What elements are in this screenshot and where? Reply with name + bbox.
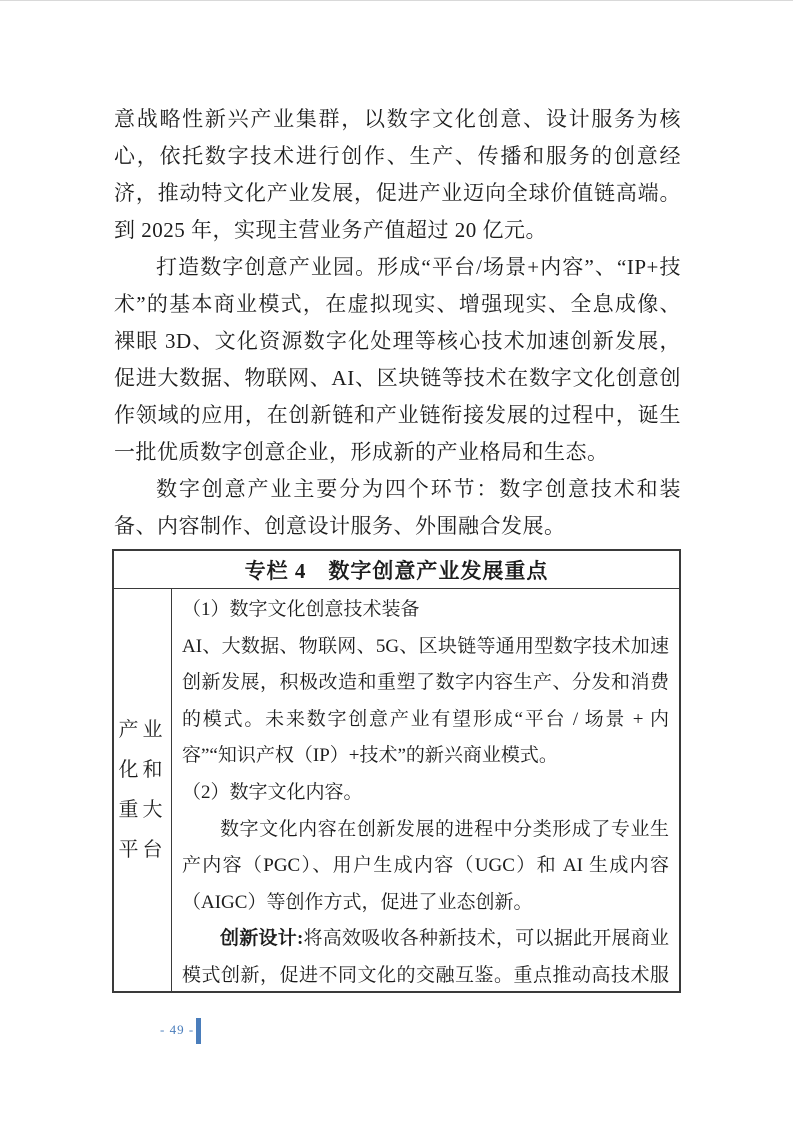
page-number: - 49 -: [160, 1022, 194, 1038]
table-cell-paragraph: 数字文化内容在创新发展的进程中分类形成了专业生产内容（PGC）、用户生成内容（U…: [182, 812, 669, 922]
table-cell-paragraph: （2）数字文化内容。: [182, 775, 669, 812]
document-page: 意战略性新兴产业集群，以数字文化创意、设计服务为核心，依托数字技术进行创作、生产…: [0, 0, 793, 1122]
table-cell-paragraph: AI、大数据、物联网、5G、区块链等通用型数字技术加速创新发展，积极改造和重塑了…: [182, 629, 669, 775]
table-title: 专栏 4 数字创意产业发展重点: [114, 551, 679, 589]
table-cell-paragraph: 创新设计:将高效吸收各种新技术，可以据此开展商业模式创新，促进不同文化的交融互鉴…: [182, 921, 669, 991]
table-cell-paragraph: （1）数字文化创意技术装备: [182, 592, 669, 629]
body-paragraph: 数字创意产业主要分为四个环节：数字创意技术和装备、内容制作、创意设计服务、外围融…: [114, 471, 681, 545]
text-cursor: [196, 1018, 201, 1044]
table-body-row: 产业化和重大平台 （1）数字文化创意技术装备 AI、大数据、物联网、5G、区块链…: [114, 589, 679, 991]
body-paragraph: 意战略性新兴产业集群，以数字文化创意、设计服务为核心，依托数字技术进行创作、生产…: [114, 101, 681, 249]
body-paragraph: 打造数字创意产业园。形成“平台/场景+内容”、“IP+技术”的基本商业模式，在虚…: [114, 249, 681, 471]
highlight-box-table: 专栏 4 数字创意产业发展重点 产业化和重大平台 （1）数字文化创意技术装备 A…: [112, 549, 681, 993]
table-content-cell: （1）数字文化创意技术装备 AI、大数据、物联网、5G、区块链等通用型数字技术加…: [172, 589, 679, 991]
table-row-header-label: 产业化和重大平台: [118, 710, 168, 870]
body-text-block: 意战略性新兴产业集群，以数字文化创意、设计服务为核心，依托数字技术进行创作、生产…: [114, 101, 681, 545]
table-cell-paragraph-lead: 创新设计:: [220, 928, 303, 949]
table-row-header-cell: 产业化和重大平台: [114, 589, 172, 991]
